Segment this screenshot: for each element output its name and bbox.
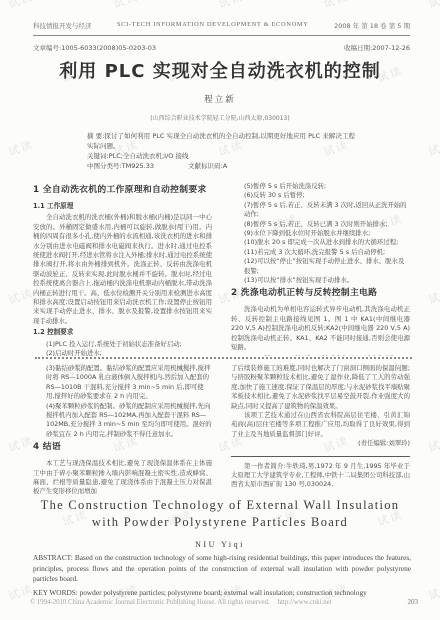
page-number: 203: [408, 598, 419, 606]
watermark-stamp: 试读: [111, 0, 141, 12]
watermark-stamp: 试读: [426, 284, 440, 307]
english-title-line1: The Construction Technology of External …: [0, 497, 440, 514]
watermark-stamp: 试读: [426, 432, 440, 455]
first-author-bio: 第一作者简介:牛轶琦,男,1972 年 9 月生,1995 年毕业于太原理工大学…: [231, 462, 410, 490]
working-principle-paragraph: 全自动洗衣机的洗衣桶(外桶)和脱水桶(内桶)是以同一中心安放的。外桶固定做盛水用…: [33, 213, 212, 326]
left-column: 1 全自动洗衣机的工作原理和自动控制要求 1.1 工作原理 全自动洗衣机的洗衣桶…: [33, 182, 212, 356]
control-req-item: (10)脱水 20 s 即完成一次从进水到排水的大循环过程;: [231, 238, 410, 247]
particle-mortar-paragraph: (4)聚苯颗粒砂浆的配制。砂浆的配制应采用机械搅拌,先向搅拌机内加入配套 RS—…: [33, 402, 212, 440]
page-footer: © 1994-2010 China Academic Journal Elect…: [30, 598, 418, 606]
watermark-stamp: 试读: [321, 0, 351, 12]
cnki-link[interactable]: http://www.cnki.net: [278, 599, 332, 606]
section-1-1-heading: 1.1 工作原理: [33, 202, 212, 211]
article-title: 利用 PLC 实现对全自动洗衣机的控制: [0, 57, 440, 83]
control-req-item: (1)PLC 投入运行,系统处于初始状态准备好启动;: [33, 340, 212, 349]
control-req-item: (13)可以按“排水”按钮实现手动排水。: [231, 276, 410, 285]
english-abstract-block: ABSTRACT: Based on the construction tech…: [33, 553, 411, 598]
mortar-config-paragraph: (3)黏结砂浆的配置。黏结砂浆的配置应采用机械搅拌,搅拌时将 RS—1000A …: [33, 364, 212, 402]
control-req-item: (12)可以按“停止”按钮实现手动停止进水、排水、脱水及报警;: [231, 257, 410, 276]
watermark-stamp: 试读: [6, 136, 36, 159]
page-header: 科技情报开发与经济 SCI-TECH INFORMATION DEVELOPME…: [33, 21, 410, 30]
english-author: NIU Yiqi: [0, 540, 440, 549]
clc-number: 中图分类号:TM925.33: [87, 161, 154, 171]
control-req-item: (6)反转 30 s 后暂停;: [231, 191, 410, 200]
motor-control-paragraph: 洗涤电动机为单相电容运转式异步电动机,其洗涤电动机正转、反转控制主电路接线见图 …: [231, 305, 410, 352]
bio-divider: [231, 456, 410, 457]
journal-issue: 2008 年 第 18 卷 第 5 期: [334, 21, 410, 30]
classification-row: 中图分类号:TM925.33 文献标识码:A: [87, 161, 355, 171]
watermark-stamp: 试读: [216, 0, 246, 12]
continued-article-columns: (3)黏结砂浆的配置。黏结砂浆的配置应采用机械搅拌,搅拌时将 RS—1000A …: [33, 364, 411, 496]
journal-name-cn: 科技情报开发与经济: [33, 21, 92, 30]
conclusion-paragraph: 本工艺与现浇保温技术相比,避免了现浇保温体系在主体施工中由于碎小聚苯颗粒掺入墙内…: [33, 459, 212, 496]
conclusion-continuation-paragraph: 了后续装修施工的难度,同时也解决了门窗洞口侧面的保温问题;与挤胶粉聚苯颗粒技术相…: [231, 364, 410, 411]
watermark-stamp: 试读: [426, 580, 440, 603]
journal-page: 试读试读试读试读试读试读试读试读试读试读试读试读试读试读试读试读试读试读试读试读…: [0, 0, 440, 620]
control-req-item: (8)暂停 5 s 后,若正、反转已满 3 次时则开始排水;: [231, 220, 410, 229]
application-paragraph: 该项工艺技术通过在山西省农科院高层住宅楼、引黄汇锦苑商(高)层住宅楼等多项工程推…: [231, 411, 410, 439]
section-3-heading: 3 PLC 的 I/O 接线及控制电器面板布置: [231, 356, 410, 357]
article-number: 文章编号:1005-6033(2008)05-0203-03: [33, 43, 156, 52]
journal-name-en: SCI-TECH INFORMATION DEVELOPMENT & ECONO…: [117, 21, 309, 30]
body-columns: 1 全自动洗衣机的工作原理和自动控制要求 1.1 工作原理 全自动洗衣机的洗衣桶…: [33, 182, 411, 356]
control-req-item: (11)若完成 3 次大循环,洗完报警 5 s 后自动停机;: [231, 248, 410, 257]
conclusion-heading: 4 结语: [33, 442, 212, 453]
received-date: 收稿日期:2007-12-26: [344, 43, 410, 52]
watermark-stamp: 试读: [426, 0, 440, 12]
keywords-text: 关键词:PLC;全自动洗衣机;I/O 接线: [87, 151, 355, 161]
control-req-item: (5)暂停 5 s 后开始洗涤反转;: [231, 182, 410, 191]
continued-left-column: (3)黏结砂浆的配置。黏结砂浆的配置应采用机械搅拌,搅拌时将 RS—1000A …: [33, 364, 212, 496]
english-keywords: KEY WORDS: powder polystyrene particles;…: [33, 588, 411, 599]
section-1-2-heading: 1.2 控制要求: [33, 328, 212, 337]
abstract-block: 摘 要:探讨了如何利用 PLC 实现全自动洗衣机的全自动控制,以期更好地应用 P…: [87, 131, 355, 171]
english-title-block: The Construction Technology of External …: [0, 497, 440, 549]
control-req-item: (7)暂停 5 s 后,若正、反转未满 3 次时,返回从正洗开始的动作;: [231, 201, 410, 220]
watermark-stamp: 试读: [6, 284, 36, 307]
abstract-text: 摘 要:探讨了如何利用 PLC 实现全自动洗衣机的全自动控制,以期更好地应用 P…: [87, 131, 355, 151]
article-author: 程立新: [0, 93, 440, 105]
copyright-notice: © 1994-2010 China Academic Journal Elect…: [30, 599, 270, 606]
english-title-line2: with Powder Polystyrene Particles Board: [0, 514, 440, 531]
right-column: (5)暂停 5 s 后开始洗涤反转; (6)反转 30 s 后暂停; (7)暂停…: [231, 182, 410, 356]
document-code: 文献标识码:A: [188, 161, 227, 171]
editor-credit: (责任编辑:刘翠玲): [231, 439, 410, 448]
watermark-stamp: 试读: [6, 0, 36, 12]
english-abstract: ABSTRACT: Based on the construction tech…: [33, 553, 411, 585]
section-1-heading: 1 全自动洗衣机的工作原理和自动控制要求: [33, 185, 212, 196]
article-separator-dotted: [35, 357, 412, 359]
author-affiliation: (山西综合职业技术学院轻工分院,山西太原,030013): [0, 113, 440, 122]
article-meta-row: 文章编号:1005-6033(2008)05-0203-03 收稿日期:2007…: [33, 43, 410, 52]
watermark-stamp: 试读: [426, 136, 440, 159]
control-req-item: (2)启动时开始进水;: [33, 349, 212, 356]
continued-right-column: 了后续装修施工的难度,同时也解决了门窗洞口侧面的保温问题;与挤胶粉聚苯颗粒技术相…: [231, 364, 410, 496]
section-2-heading: 2 洗涤电动机正转与反转控制主电路: [231, 288, 410, 299]
watermark-stamp: 试读: [6, 432, 36, 455]
header-rule: [33, 35, 410, 36]
